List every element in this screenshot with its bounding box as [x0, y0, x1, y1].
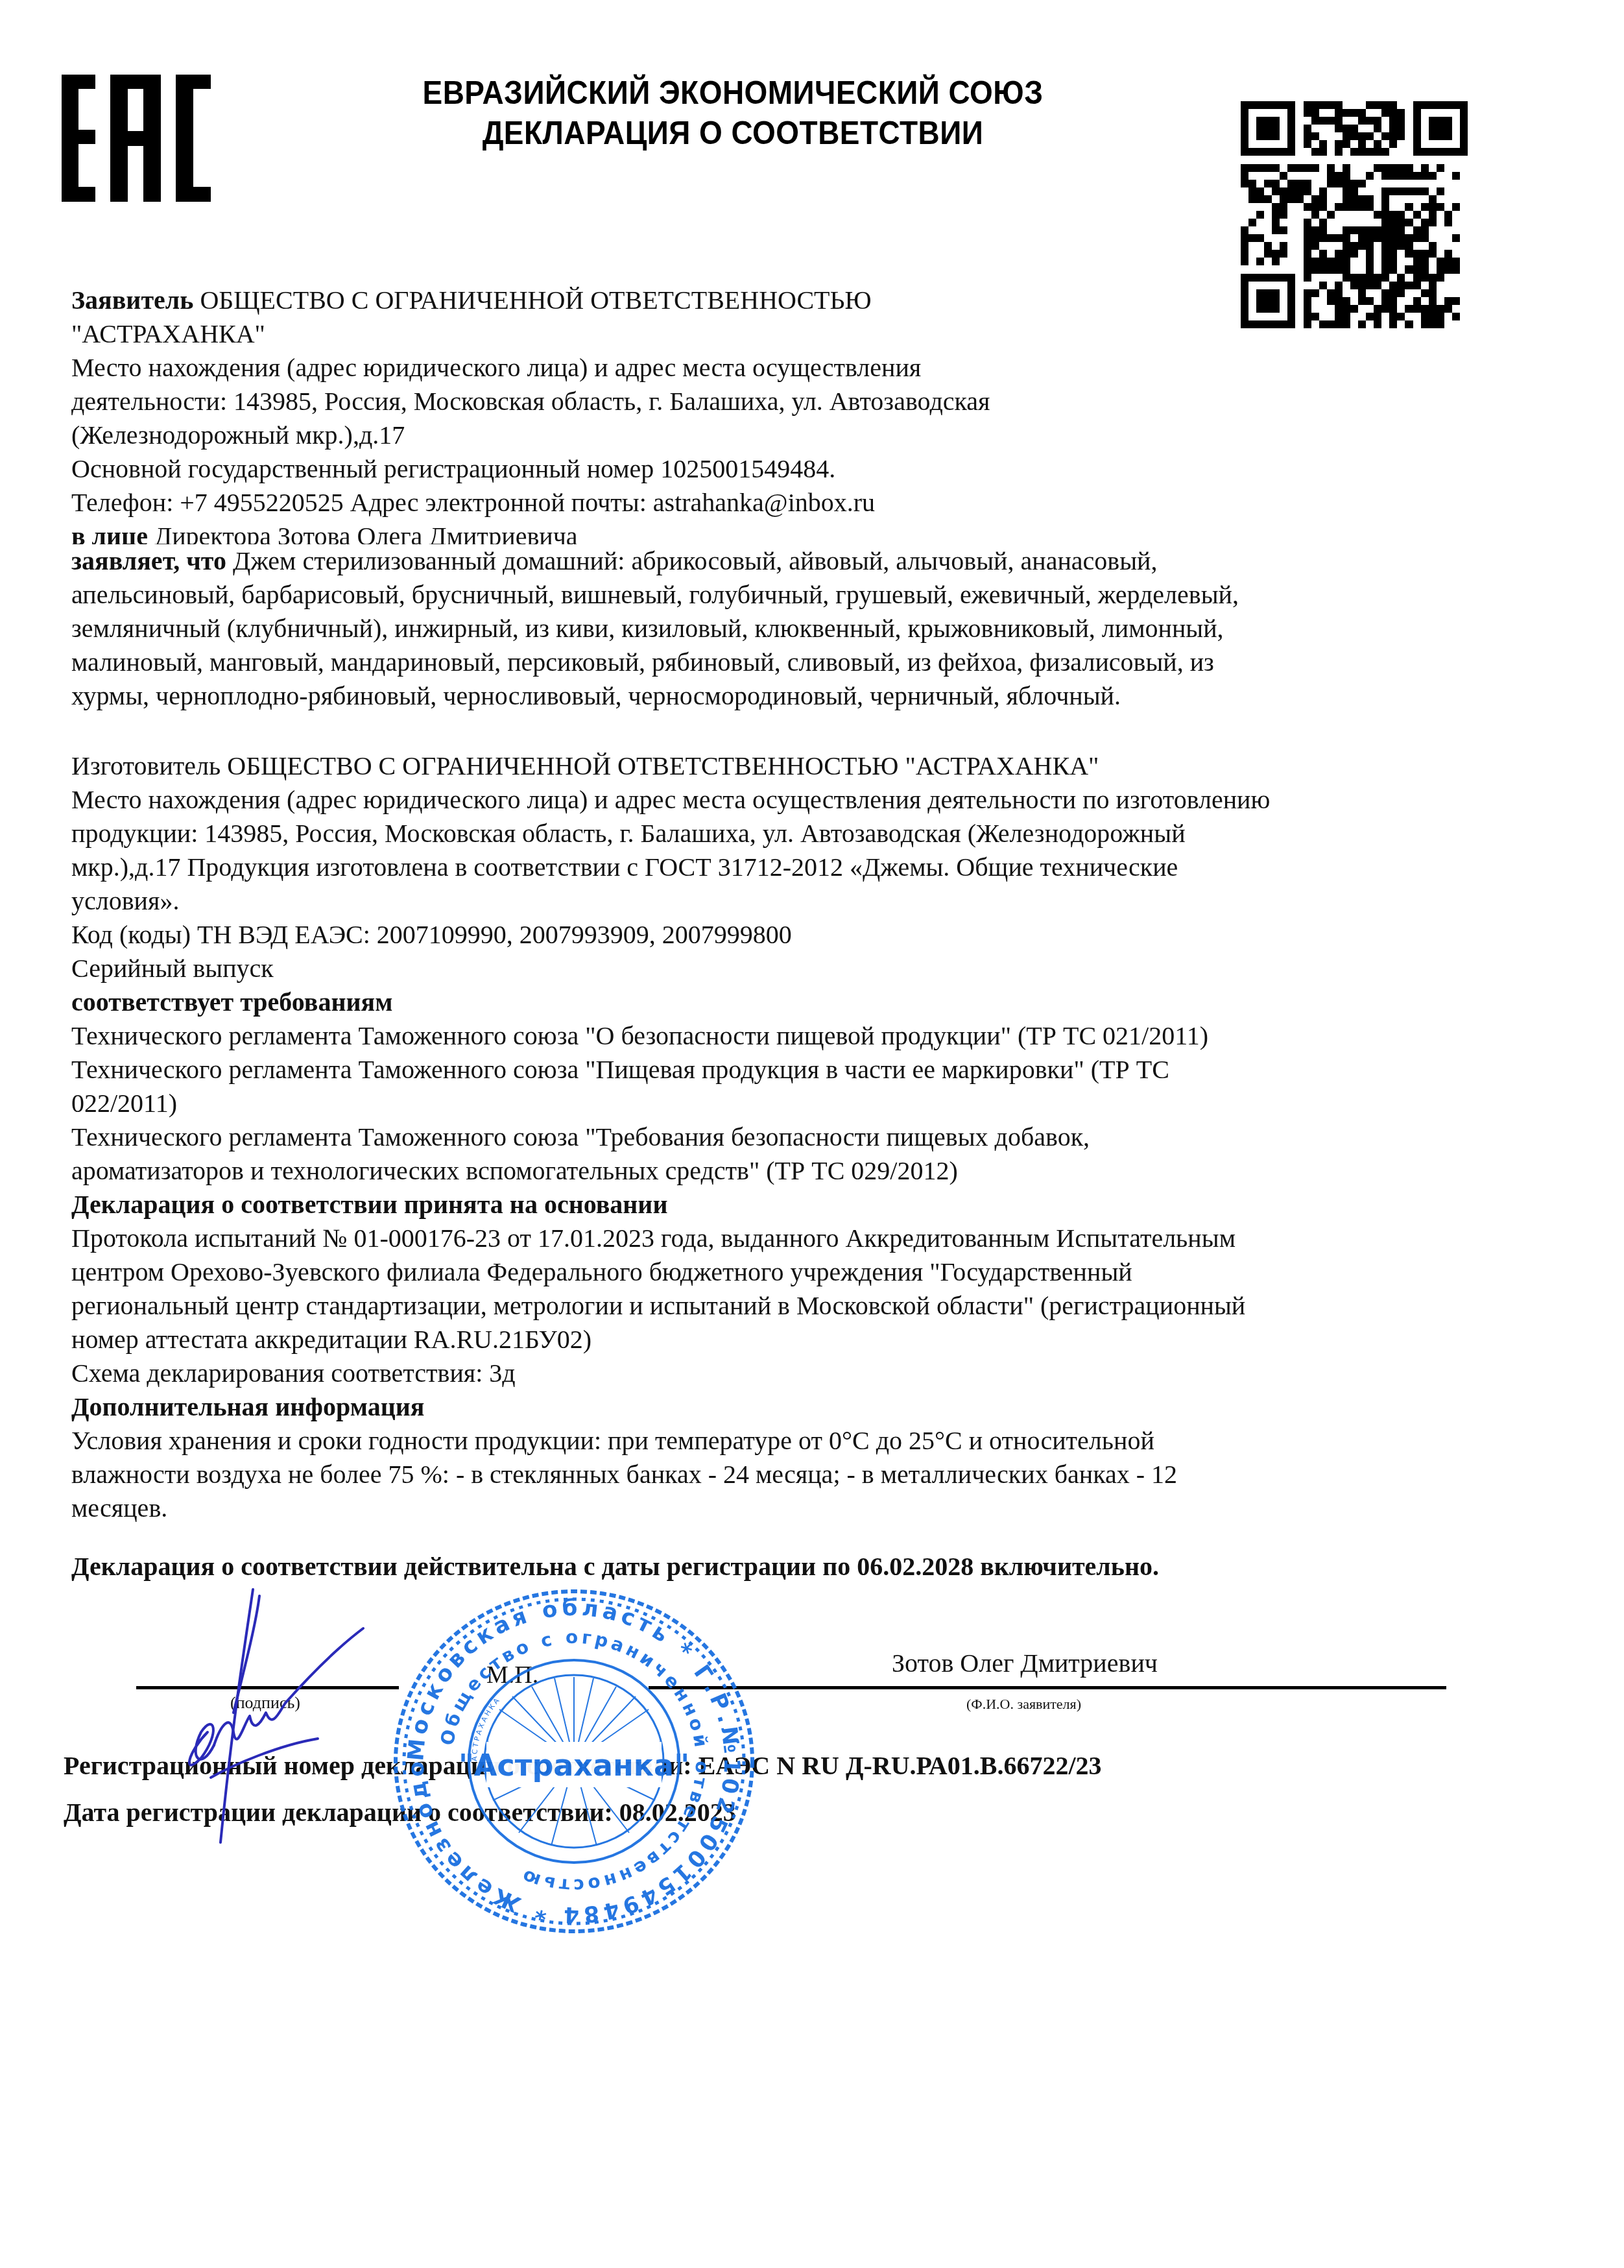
- product-line: малиновый, манговый, мандариновый, перси…: [71, 645, 1472, 679]
- basis-line: центром Орехово-Зуевского филиала Федера…: [71, 1255, 1472, 1289]
- tn-ved-codes: Код (коды) ТН ВЭД ЕАЭС: 2007109990, 2007…: [71, 918, 1472, 952]
- basis-line: Протокола испытаний № 01-000176-23 от 17…: [71, 1222, 1472, 1255]
- basis-label: Декларация о соответствии принята на осн…: [71, 1188, 1472, 1222]
- additional-line: Условия хранения и сроки годности продук…: [71, 1424, 1472, 1458]
- declaration-title: ДЕКЛАРАЦИЯ О СООТВЕТСТВИИ: [345, 113, 1121, 153]
- manufacturer-address-line: продукции: 143985, Россия, Московская об…: [71, 817, 1472, 850]
- company-stamp: Московская область * Г.Р.№1025001549484 …: [389, 1586, 759, 1936]
- applicant-address-line: (Железнодорожный мкр.),д.17: [71, 418, 1472, 452]
- stamp-seal-icon: Московская область * Г.Р.№1025001549484 …: [389, 1586, 759, 1936]
- applicant-section: Заявитель ОБЩЕСТВО С ОГРАНИЧЕННОЙ ОТВЕТС…: [71, 283, 1472, 544]
- manufacturer-address-line: Место нахождения (адрес юридического лиц…: [71, 783, 1472, 817]
- declaration-scheme: Схема декларирования соответствия: 3д: [71, 1357, 1472, 1390]
- basis-line: номер аттестата аккредитации RA.RU.21БУ0…: [71, 1323, 1472, 1357]
- applicant-contacts: Телефон: +7 4955220525 Адрес электронной…: [71, 486, 1472, 520]
- additional-section: Дополнительная информация Условия хранен…: [71, 1390, 1472, 1525]
- regulation-line: Технического регламента Таможенного союз…: [71, 1120, 1472, 1154]
- union-title: ЕВРАЗИЙСКИЙ ЭКОНОМИЧЕСКИЙ СОЮЗ: [345, 73, 1121, 113]
- additional-line: месяцев.: [71, 1491, 1472, 1525]
- handwritten-signature: [149, 1583, 409, 1855]
- represented-label: в лице: [71, 522, 148, 544]
- eac-logo: [62, 75, 214, 202]
- applicant-address-line: Место нахождения (адрес юридического лиц…: [71, 351, 1472, 385]
- release-type: Серийный выпуск: [71, 952, 1472, 985]
- applicant-address-line: деятельности: 143985, Россия, Московская…: [71, 385, 1472, 418]
- additional-line: влажности воздуха не более 75 %: - в сте…: [71, 1458, 1472, 1491]
- name-caption: (Ф.И.О. заявителя): [966, 1696, 1081, 1713]
- declares-section: заявляет, что Джем стерилизованный домаш…: [71, 544, 1472, 713]
- applicant-name-cont: "АСТРАХАНКА": [71, 317, 1472, 351]
- regulation-line: 022/2011): [71, 1087, 1472, 1120]
- manufacturer-address-line: условия».: [71, 884, 1472, 918]
- compliance-label: соответствует требованиям: [71, 985, 1472, 1019]
- document-header: ЕВРАЗИЙСКИЙ ЭКОНОМИЧЕСКИЙ СОЮЗ ДЕКЛАРАЦИ…: [345, 73, 1121, 153]
- product-line: апельсиновый, барбарисовый, брусничный, …: [71, 578, 1472, 612]
- name-line: [649, 1686, 1446, 1689]
- product-line: Джем стерилизованный домашний: абрикосов…: [233, 546, 1158, 575]
- basis-section: Декларация о соответствии принята на осн…: [71, 1188, 1472, 1390]
- manufacturer-name: Изготовитель ОБЩЕСТВО С ОГРАНИЧЕННОЙ ОТВ…: [71, 749, 1472, 783]
- basis-line: региональный центр стандартизации, метро…: [71, 1289, 1472, 1323]
- represented-by: Директора Зотова Олега Дмитриевича: [154, 522, 578, 544]
- signer-name: Зотов Олег Дмитриевич: [892, 1648, 1158, 1678]
- manufacturer-address-line: мкр.),д.17 Продукция изготовлена в соотв…: [71, 850, 1472, 884]
- regulation-line: Технического регламента Таможенного союз…: [71, 1053, 1472, 1087]
- validity-statement: Декларация о соответствии действительна …: [71, 1550, 1472, 1584]
- additional-label: Дополнительная информация: [71, 1390, 1472, 1424]
- regulation-line: Технического регламента Таможенного союз…: [71, 1019, 1472, 1053]
- signature-scribble-icon: [149, 1583, 409, 1855]
- regulation-line: ароматизаторов и технологических вспомог…: [71, 1154, 1472, 1188]
- stamp-center-text: "Астраханка": [459, 1748, 689, 1783]
- compliance-section: соответствует требованиям Технического р…: [71, 985, 1472, 1188]
- applicant-ogrn: Основной государственный регистрационный…: [71, 452, 1472, 486]
- manufacturer-section: Изготовитель ОБЩЕСТВО С ОГРАНИЧЕННОЙ ОТВ…: [71, 749, 1472, 985]
- applicant-name: ОБЩЕСТВО С ОГРАНИЧЕННОЙ ОТВЕТСТВЕННОСТЬЮ: [200, 285, 871, 315]
- declaration-body: Заявитель ОБЩЕСТВО С ОГРАНИЧЕННОЙ ОТВЕТС…: [71, 283, 1472, 1584]
- product-line: земляничный (клубничный), инжирный, из к…: [71, 612, 1472, 645]
- eac-logo-icon: [62, 75, 214, 202]
- product-line: хурмы, черноплодно-рябиновый, черносливо…: [71, 679, 1472, 713]
- declares-label: заявляет, что: [71, 546, 226, 575]
- applicant-label: Заявитель: [71, 285, 193, 315]
